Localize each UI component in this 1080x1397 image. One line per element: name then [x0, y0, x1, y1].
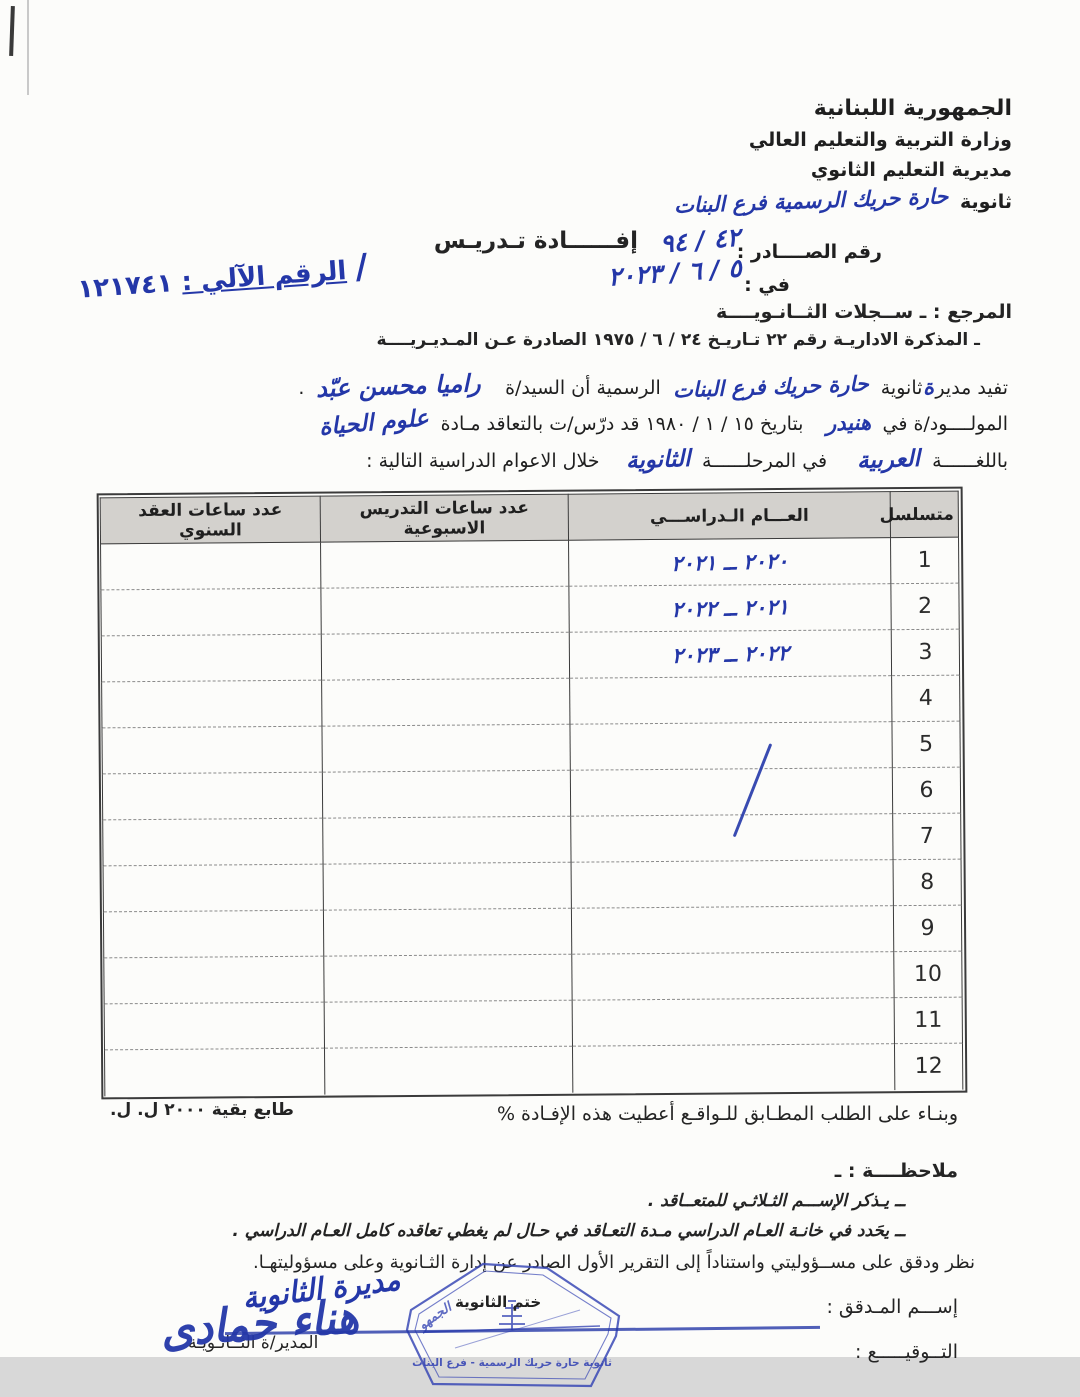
annual-cell [105, 1048, 325, 1096]
body-l3-language-label: باللغــــــة [932, 450, 1008, 472]
annual-cell [102, 726, 322, 774]
body-l2-birthplace-handwritten: هنيدر [825, 410, 871, 436]
body-l3-language-handwritten: العربية [857, 446, 921, 474]
scanned-teaching-certificate: الجمهورية اللبنانية وزارة التربية والتعل… [0, 0, 1080, 1397]
auditor-name-label: إســـم المـدقق : [826, 1296, 958, 1318]
school-line: ثانوية حارة حريك الرسمية فرع البنات [592, 185, 1012, 218]
col-header-year: العـــام الـدراســـي [568, 492, 890, 541]
table-row: 1 ٢٠٢٠ ــ ٢٠٢١ [101, 537, 959, 590]
note-1: ــ يـذكر الإســـم الثـلاثـي للمتعــاقد . [648, 1191, 905, 1211]
annual-cell [101, 542, 321, 590]
auto-number-handwritten: / الرقم الآلي : ١٢١٧٤١ [37, 247, 369, 310]
table-row: 10 [104, 951, 962, 1004]
annual-cell [101, 588, 321, 636]
year-cell [570, 768, 892, 817]
principal-signature-name: هناء حمادى [159, 1289, 360, 1357]
body-line-2: المولــــود/ة في هنيدر بتاريخ ١٥ / ١ / ١… [313, 410, 1008, 436]
note-2: ــ يحَدد في خانـة العـام الدراسي مـدة ال… [232, 1221, 905, 1241]
annual-cell [104, 1002, 324, 1050]
body-l1-official-mr: الرسمية أن السيد/ة [505, 377, 661, 399]
col-header-annual-hours: عدد ساعات العقد السنوي [100, 496, 320, 544]
scan-mark-top-left [9, 6, 15, 56]
issued-statement: وبنـاء على الطلب المطـابق للـواقـع أعطيت… [497, 1103, 958, 1125]
year-cell: ٢٠٢١ ــ ٢٠٢٢ [569, 584, 891, 633]
year-cell [570, 676, 892, 725]
year-cell [571, 860, 893, 909]
year-handwritten: ٢٠٢١ ــ ٢٠٢٢ [671, 594, 789, 621]
ministry-title: وزارة التربية والتعليم العالي [592, 126, 1012, 155]
weekly-cell [322, 678, 570, 726]
year-handwritten: ٢٠٢٠ ــ ٢٠٢١ [671, 548, 789, 575]
annual-cell [104, 956, 324, 1004]
stamp-bottom-text: ثانوية حارة حريك الرسمية - فرع البنات [412, 1357, 612, 1369]
weekly-cell [321, 586, 569, 634]
serial-cell: 11 [894, 997, 962, 1044]
body-l1-period: . [298, 377, 304, 399]
annual-cell [103, 818, 323, 866]
issue-date-label: في : [744, 274, 790, 296]
body-l1-school-name-handwritten: حارة حريك فرع البنات [673, 372, 870, 403]
stamp-arc-text: الجمهورية اللبنانية [395, 1258, 456, 1335]
table-row: 7 [103, 813, 961, 866]
republic-title: الجمهورية اللبنانية [592, 92, 1012, 126]
stamp-form-label: ختم الثانوية [455, 1293, 541, 1311]
table-row: 5 [102, 721, 960, 774]
signature-label: التــوقيـــــع : [855, 1341, 958, 1363]
body-l1-teacher-name-handwritten: راميا محسن عبّد [316, 369, 481, 403]
body-l1-taa-handwritten: ة [923, 375, 935, 399]
year-cell [572, 952, 894, 1001]
school-label: ثانوية [960, 191, 1012, 213]
note-label: ملاحظــــة : ـ [835, 1160, 958, 1182]
auto-number-label: الرقم الآلي : [181, 256, 348, 297]
annual-cell [102, 772, 322, 820]
document-title: إفــــــادة تـدريـس [434, 228, 638, 254]
year-cell [572, 998, 894, 1047]
letterhead: الجمهورية اللبنانية وزارة التربية والتعل… [592, 92, 1012, 218]
weekly-cell [324, 1000, 572, 1048]
directorate-title: مديرية التعليم الثانوي [592, 156, 1012, 185]
reference-line1: المرجع : ـ ســجلات الثــانـويــــة [716, 301, 1012, 323]
table-row: 11 [104, 997, 962, 1050]
reference-line2: ـ المذكرة الاداريـة رقم ٢٢ تـاريـخ ٢٤ / … [377, 330, 981, 350]
serial-cell: 5 [892, 721, 960, 768]
body-line-3: باللغــــــة العربية في المرحلــــــة ال… [366, 447, 1008, 473]
year-cell: ٢٠٢٢ ــ ٢٠٢٣ [569, 630, 891, 679]
weekly-cell [323, 908, 571, 956]
serial-cell: 1 [891, 537, 959, 584]
weekly-cell [322, 724, 570, 772]
year-cell [571, 814, 893, 863]
year-cell: ٢٠٢٠ ــ ٢٠٢١ [569, 538, 891, 587]
year-cell [572, 1044, 894, 1093]
body-l2-born-in: المولــــود/ة في [882, 413, 1008, 435]
year-handwritten: ٢٠٢٢ ــ ٢٠٢٣ [672, 640, 790, 667]
serial-cell: 10 [894, 951, 962, 998]
col-header-serial: متسلسل [890, 491, 958, 538]
weekly-cell [323, 816, 571, 864]
auto-number-value: ١٢١٧٤١ [77, 268, 174, 305]
serial-cell: 6 [892, 767, 960, 814]
scan-edge-line [27, 0, 29, 95]
table-row: 4 [102, 675, 960, 728]
annual-cell [103, 864, 323, 912]
serial-cell: 8 [893, 859, 961, 906]
body-l3-during-years: خلال الاعوام الدراسية التالية : [366, 450, 599, 472]
serial-value-handwritten: ٤٢ / ٩٤ [659, 223, 741, 259]
table-row: 3 ٢٠٢٢ ــ ٢٠٢٣ [101, 629, 959, 682]
annual-cell [103, 910, 323, 958]
weekly-cell [321, 632, 569, 680]
body-l1-certifies: تفيد مدير [935, 377, 1008, 399]
serial-cell: 4 [892, 675, 960, 722]
body-line-1: تفيد مديرةثانوية حارة حريك فرع البنات ال… [298, 372, 1008, 400]
table-row: 6 [102, 767, 960, 820]
serial-cell: 7 [893, 813, 961, 860]
serial-cell: 12 [894, 1043, 962, 1090]
annual-cell [102, 680, 322, 728]
table-row: 8 [103, 859, 961, 912]
body-l3-stage-label: في المرحلــــــة [702, 450, 827, 472]
weekly-cell [324, 954, 572, 1002]
issue-date-value-handwritten: ٥ / ٦ / ٢٠٢٣ [607, 253, 742, 291]
table-header-row: متسلسل العـــام الـدراســـي عدد ساعات ال… [100, 491, 958, 544]
weekly-cell [323, 862, 571, 910]
year-cell [570, 722, 892, 771]
weekly-cell [321, 540, 569, 588]
table-row: 2 ٢٠٢١ ــ ٢٠٢٢ [101, 583, 959, 636]
annual-cell [101, 634, 321, 682]
body-l2-subject-handwritten: علوم الحياة [318, 405, 430, 440]
school-stamp: الجمهورية اللبنانية ثانوية حارة حريك الر… [395, 1258, 630, 1393]
table-row: 12 [105, 1043, 963, 1096]
serial-cell: 9 [893, 905, 961, 952]
weekly-cell [322, 770, 570, 818]
serial-cell: 2 [891, 583, 959, 630]
year-cell [571, 906, 893, 955]
table-row: 9 [103, 905, 961, 958]
teaching-years-table: متسلسل العـــام الـدراســـي عدد ساعات ال… [97, 487, 968, 1100]
auto-number-slash: / [354, 247, 369, 288]
serial-label: رقم الصــــادر : [737, 241, 882, 263]
body-l2-birthdate-contract: بتاريخ ١٥ / ١ / ١٩٨٠ قد درّس/ت بالتعاقد … [441, 413, 804, 435]
body-l1-school-word: ثانوية [881, 377, 923, 399]
weekly-cell [324, 1046, 572, 1094]
school-name-handwritten: حارة حريك الرسمية فرع البنات [673, 180, 948, 222]
serial-cell: 3 [891, 629, 959, 676]
fiscal-stamp-note: طابع بقية ٢٠٠٠ ل. ل. [110, 1100, 294, 1120]
col-header-weekly-hours: عدد ساعات التدريس الاسبوعية [320, 494, 568, 542]
body-l3-stage-handwritten: الثانوية [625, 446, 690, 474]
